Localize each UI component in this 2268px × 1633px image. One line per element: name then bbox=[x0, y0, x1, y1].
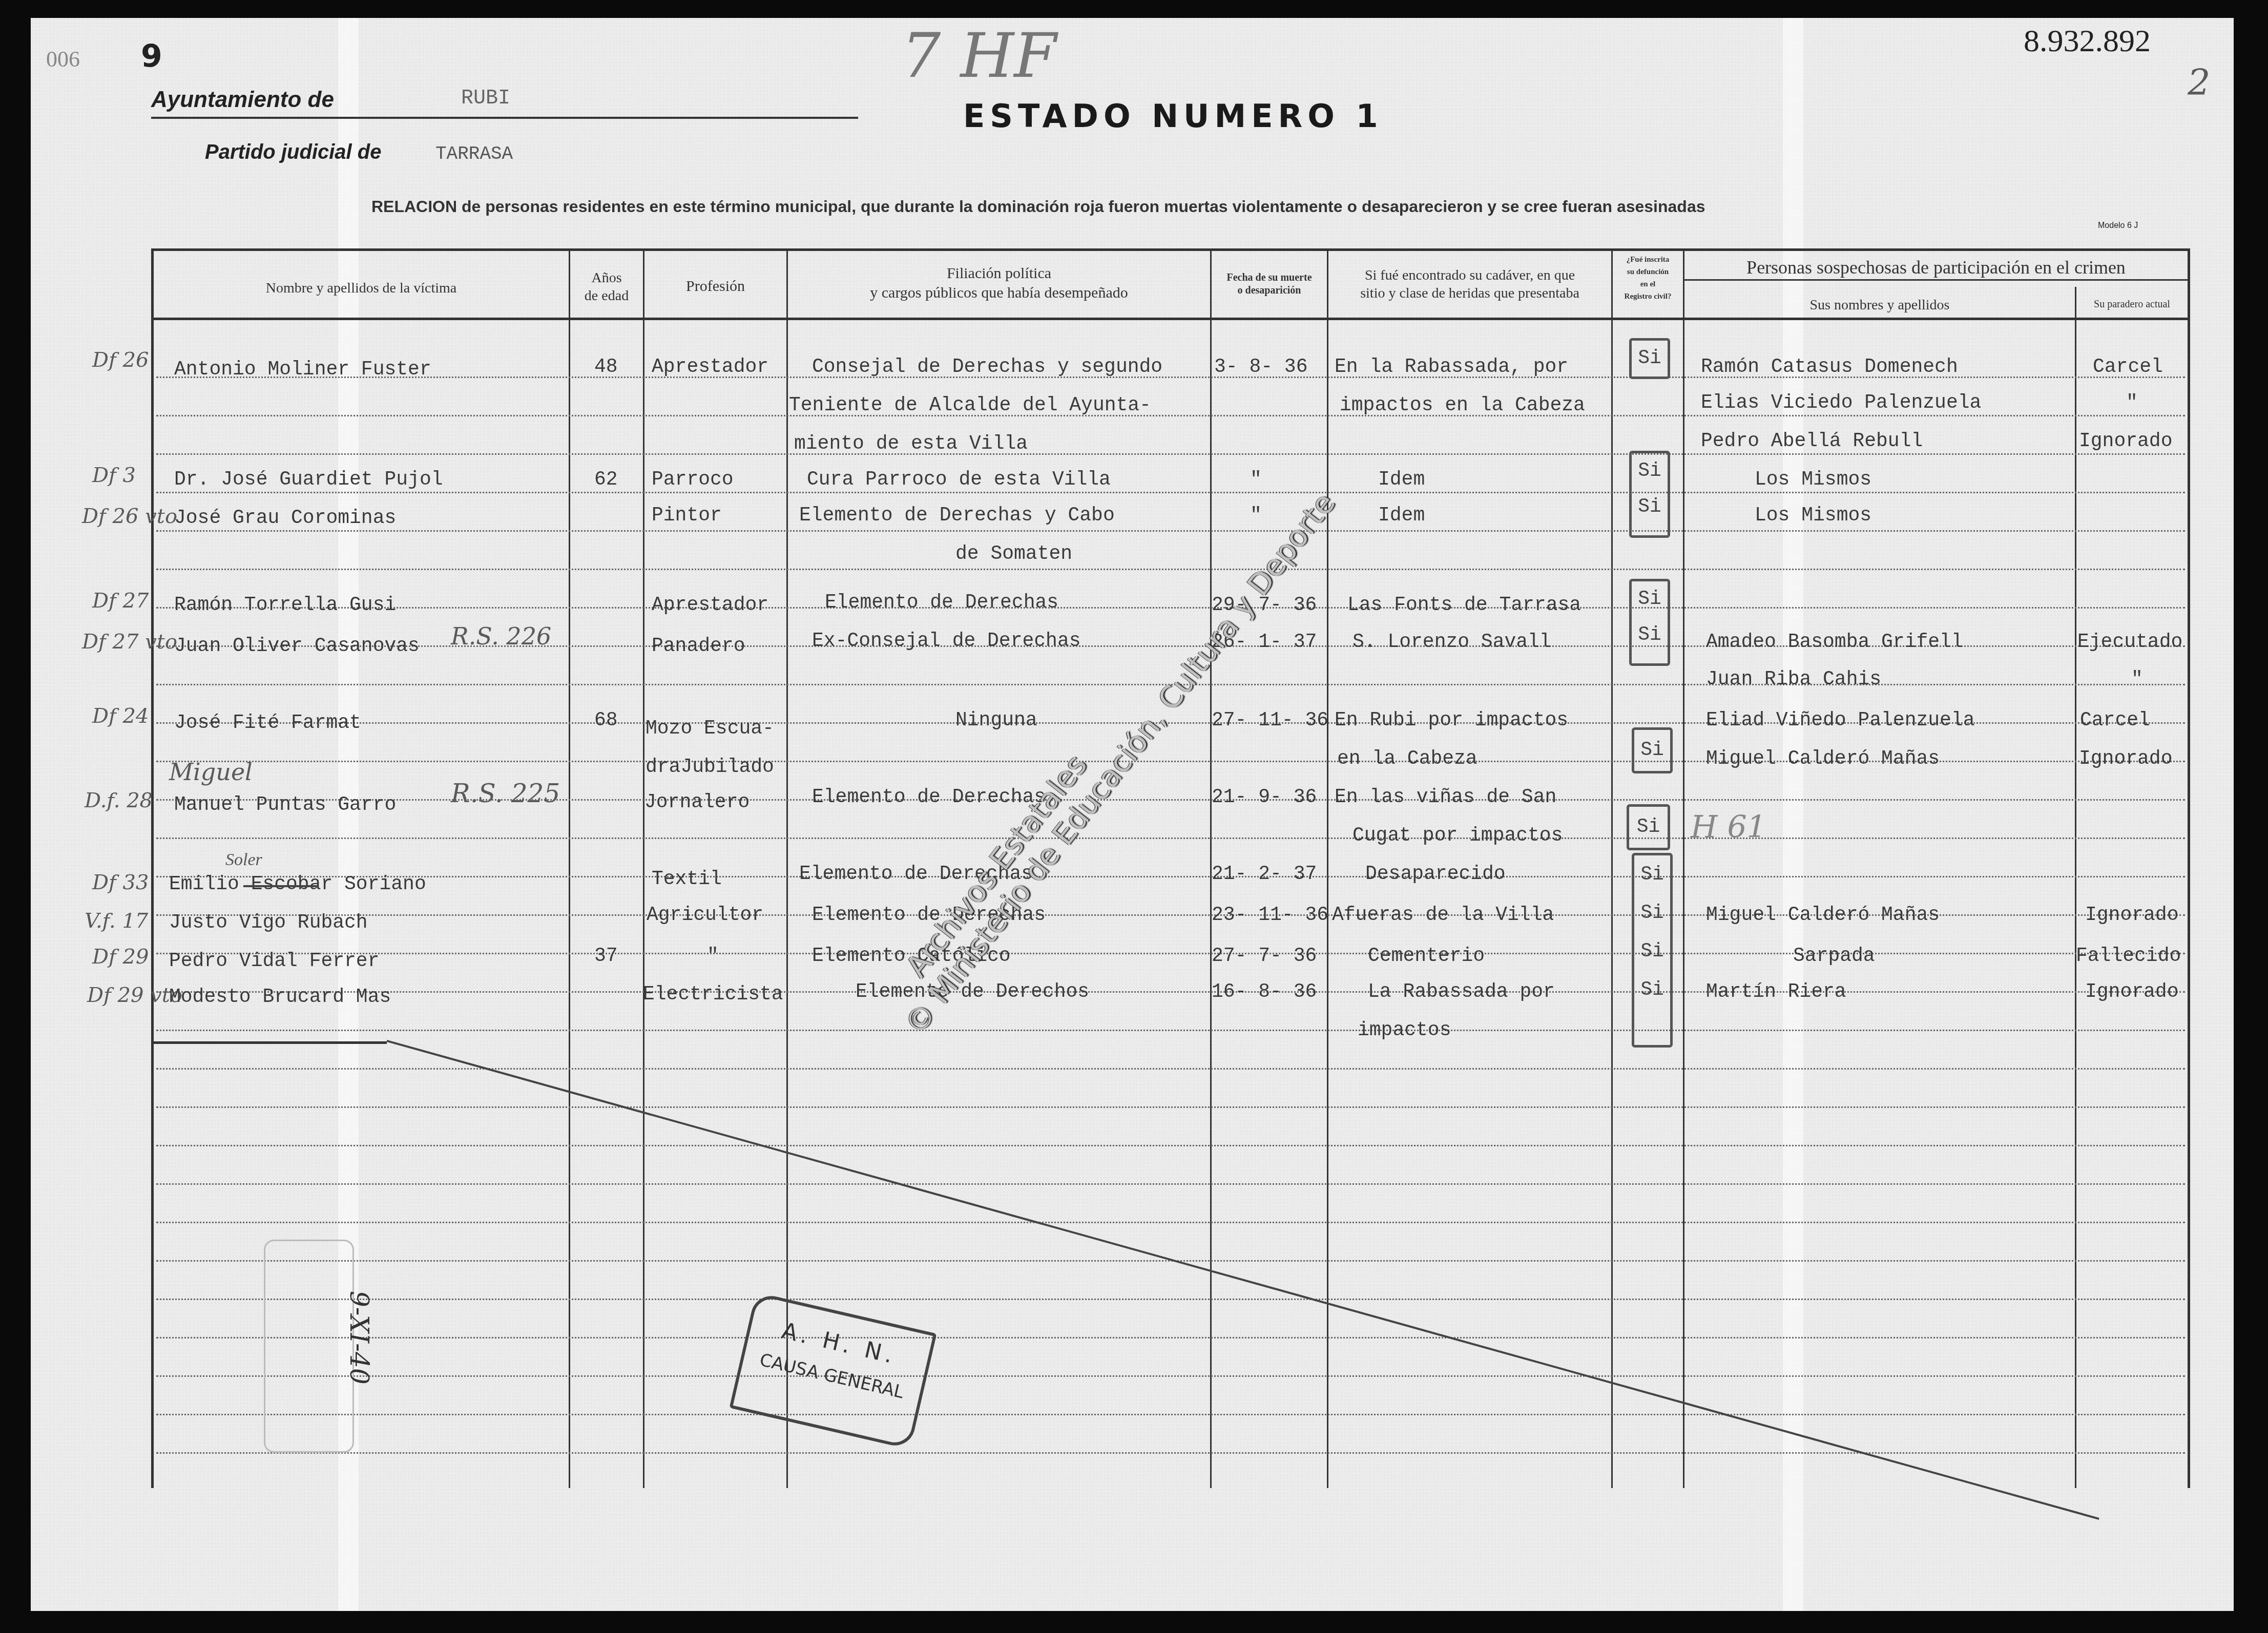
margin-note: Df 26 bbox=[92, 348, 149, 372]
ruled-line bbox=[156, 453, 2185, 455]
registry-value: Si bbox=[1640, 864, 1664, 886]
affiliation-line: Elemento de Derechas y Cabo bbox=[799, 505, 1115, 527]
body-found-line: Afueras de la Villa bbox=[1332, 904, 1554, 926]
victim-name: Emilio Escobar Soriano bbox=[169, 873, 426, 895]
affiliation-line: Teniente de Alcalde del Ayunta- bbox=[789, 394, 1151, 416]
column-header-affiliation: Filiación políticay cargos públicos que … bbox=[788, 264, 1210, 302]
model-label: Modelo 6 J bbox=[2098, 221, 2138, 231]
death-date: 27- 11- 36 bbox=[1212, 709, 1328, 731]
strikethrough bbox=[243, 885, 318, 887]
suspect-name: Elias Viciedo Palenzuela bbox=[1701, 392, 1981, 414]
suspect-whereabouts: " bbox=[2126, 392, 2138, 414]
margin-note: Df 29 bbox=[92, 945, 149, 969]
ruled-line bbox=[156, 569, 2185, 570]
affiliation-line: Consejal de Derechas y segundo bbox=[812, 356, 1162, 378]
margin-note: D.f. 28 bbox=[85, 789, 153, 812]
victim-name: Dr. José Guardiet Pujol bbox=[174, 469, 443, 491]
victim-profession: Parroco bbox=[652, 469, 734, 491]
registry-value: Si bbox=[1640, 902, 1664, 924]
affiliation-line: Cura Parroco de esta Villa bbox=[807, 469, 1111, 491]
column-header-age: Añosde edad bbox=[570, 269, 643, 305]
header-line: Si fué encontrado su cadáver, en que bbox=[1365, 267, 1575, 283]
suspect-whereabouts: Ignorado bbox=[2079, 430, 2172, 452]
suspect-name: Amadeo Basomba Grifell bbox=[1706, 631, 1963, 653]
suspect-name: Miguel Calderó Mañas bbox=[1706, 748, 1940, 770]
header-line: Filiación política bbox=[947, 265, 1051, 282]
suspect-name: Miguel Calderó Mañas bbox=[1706, 904, 1940, 926]
body-found-line: en la Cabeza bbox=[1337, 748, 1478, 770]
victim-profession: Agricultor bbox=[647, 904, 763, 926]
registry-note: R.S. 225 bbox=[451, 779, 560, 808]
folio-number: 9 bbox=[141, 38, 162, 74]
ruled-line bbox=[156, 1183, 2185, 1185]
ruled-line bbox=[156, 1414, 2185, 1415]
body-found-line: En la Rabassada, por bbox=[1335, 356, 1568, 378]
affiliation-line: miento de esta Villa bbox=[794, 433, 1028, 455]
name-correction: Soler bbox=[225, 850, 262, 870]
ruled-line bbox=[156, 1452, 2185, 1454]
victim-profession: Panadero bbox=[652, 635, 745, 657]
suspect-name: Los Mismos bbox=[1755, 469, 1871, 491]
col-border bbox=[151, 248, 154, 1488]
victim-name: Juan Oliver Casanovas bbox=[174, 635, 420, 657]
suspect-name: Pedro Abellá Rebull bbox=[1701, 430, 1923, 452]
header-line: o desaparición bbox=[1238, 285, 1301, 296]
group-header-rule bbox=[1683, 279, 2188, 281]
faded-stamp bbox=[264, 1240, 354, 1453]
table-top-border bbox=[151, 248, 2188, 251]
body-found-line: impactos bbox=[1358, 1019, 1451, 1041]
suspect-name: Sarpada bbox=[1793, 945, 1875, 967]
suspect-name: Eliad Viñedo Palenzuela bbox=[1706, 709, 1975, 731]
column-header-profession: Profesión bbox=[644, 277, 786, 296]
header-line: Años bbox=[591, 270, 621, 286]
suspect-name: Juan Riba Cahis bbox=[1706, 668, 1881, 690]
victim-profession: Mozo Escua-draJubilado bbox=[646, 709, 784, 786]
document-title: ESTADO NUMERO 1 bbox=[963, 97, 1383, 135]
partido-value: TARRASA bbox=[435, 143, 513, 164]
victim-name: José Fité Farmat bbox=[174, 712, 361, 734]
body-found-line: Cementerio bbox=[1368, 945, 1485, 967]
column-header-name: Nombre y apellidos de la víctima bbox=[154, 279, 569, 297]
body-found-line: Las Fonts de Tarrasa bbox=[1347, 594, 1581, 616]
column-header-body-found: Si fué encontrado su cadáver, en quesiti… bbox=[1328, 266, 1611, 302]
body-found-line: En Rubi por impactos bbox=[1335, 709, 1568, 731]
registry-value: Si bbox=[1640, 979, 1664, 1001]
margin-note: Df 27 bbox=[92, 589, 149, 613]
body-found-line: Desaparecido bbox=[1365, 863, 1506, 885]
victim-profession: Pintor bbox=[652, 505, 722, 527]
ruled-line bbox=[156, 838, 2185, 839]
registry-stamp: SiSi bbox=[1629, 451, 1670, 538]
margin-note: Df 26 vto bbox=[82, 505, 177, 528]
col-border bbox=[643, 248, 644, 1488]
death-date: 16- 8- 36 bbox=[1212, 981, 1317, 1003]
death-date: 23- 11- 36 bbox=[1212, 904, 1328, 926]
suspect-name: Ramón Catasus Domenech bbox=[1701, 356, 1958, 378]
affiliation-line: Ninguna bbox=[955, 709, 1037, 731]
body-found-line: S. Lorenzo Savall bbox=[1353, 631, 1551, 653]
victim-age: 62 bbox=[594, 469, 618, 491]
handwritten-page-number: 2 bbox=[2188, 61, 2211, 103]
ruled-line bbox=[156, 1106, 2185, 1108]
registry-stamp: Si bbox=[1629, 338, 1670, 379]
death-date: " bbox=[1250, 469, 1262, 491]
suspect-whereabouts: Ignorado bbox=[2085, 904, 2178, 926]
handwritten-annotation: 7 HF bbox=[902, 20, 1056, 92]
ruled-line bbox=[156, 1222, 2185, 1223]
ruled-line bbox=[156, 1337, 2185, 1338]
document-number: 8.932.892 bbox=[2024, 23, 2151, 59]
victim-name: José Grau Corominas bbox=[174, 507, 396, 529]
column-header-civil-registry: ¿Fué inscritasu defunciónen elRegistro c… bbox=[1613, 254, 1683, 303]
body-found-line: Idem bbox=[1378, 469, 1425, 491]
list-end-rule bbox=[151, 1041, 387, 1044]
suspect-whereabouts: " bbox=[2131, 668, 2143, 690]
ruled-line bbox=[156, 492, 2185, 493]
column-group-suspects: Personas sospechosas de participación en… bbox=[1684, 256, 2188, 279]
victim-profession: Aprestador bbox=[652, 594, 768, 616]
ruled-line bbox=[156, 1299, 2185, 1300]
ruled-line bbox=[156, 607, 2185, 609]
col-border bbox=[2188, 248, 2190, 1488]
affiliation-line: de Somaten bbox=[955, 543, 1072, 565]
victim-profession: " bbox=[707, 945, 719, 967]
header-line: Registro civil? bbox=[1625, 292, 1672, 301]
header-line: sitio y clase de heridas que presentaba bbox=[1360, 285, 1579, 301]
body-found-line: La Rabassada por bbox=[1368, 981, 1555, 1003]
registry-stamp: SiSi bbox=[1629, 579, 1670, 666]
ruled-line bbox=[156, 953, 2185, 954]
registry-note: R.S. 226 bbox=[451, 622, 551, 650]
body-found-line: impactos en la Cabeza bbox=[1340, 394, 1585, 416]
affiliation-line: Elemento de Derechas bbox=[812, 786, 1046, 808]
victim-age: 48 bbox=[594, 356, 618, 378]
header-line: ¿Fué inscrita bbox=[1627, 256, 1670, 264]
ruled-line bbox=[156, 530, 2185, 532]
suspect-whereabouts: Ignorado bbox=[2085, 981, 2178, 1003]
folio-stamp: 006 bbox=[46, 46, 80, 72]
column-header-date: Fecha de su muerteo desaparición bbox=[1212, 271, 1327, 297]
handwritten-date: 9-XI-40 bbox=[344, 1291, 374, 1385]
body-found-line: Idem bbox=[1378, 505, 1425, 527]
table-header-bottom-border bbox=[151, 318, 2188, 320]
col-border bbox=[569, 248, 570, 1488]
registry-value: Si bbox=[1638, 496, 1661, 518]
partido-label: Partido judicial de bbox=[205, 141, 382, 164]
ayuntamiento-value: RUBI bbox=[461, 87, 510, 110]
death-date: 21- 9- 36 bbox=[1212, 786, 1317, 808]
ruled-line bbox=[156, 991, 2185, 993]
suspect-whereabouts: Carcel bbox=[2093, 356, 2163, 378]
victim-profession: Electricista bbox=[643, 983, 783, 1006]
registry-value: Si bbox=[1638, 624, 1661, 646]
header-line: de edad bbox=[585, 288, 629, 304]
victim-profession: Aprestador bbox=[652, 356, 768, 378]
victim-name: Pedro Vidal Ferrer bbox=[169, 950, 379, 972]
registry-stamp: Si bbox=[1632, 727, 1673, 773]
ruled-line bbox=[156, 1375, 2185, 1377]
victim-age: 68 bbox=[594, 709, 618, 731]
suspect-whereabouts: Fallecido bbox=[2076, 945, 2181, 967]
ruled-line bbox=[156, 876, 2185, 877]
suspect-whereabouts: Ignorado bbox=[2079, 748, 2172, 770]
margin-note: Df 33 bbox=[92, 871, 149, 894]
victim-name: Justo Vigo Rubach bbox=[169, 912, 368, 934]
ruled-line bbox=[156, 415, 2185, 416]
name-correction: Miguel bbox=[169, 758, 253, 786]
registry-stamp: SiSiSiSi bbox=[1632, 853, 1673, 1048]
header-line: en el bbox=[1640, 280, 1656, 288]
suspect-name: Los Mismos bbox=[1755, 505, 1871, 527]
victim-name: Manuel Puntas Garro bbox=[174, 794, 396, 816]
document-subtitle: RELACION de personas residentes en este … bbox=[371, 197, 1705, 216]
suspect-whereabouts: Ejecutado bbox=[2077, 631, 2182, 653]
registry-value: Si bbox=[1638, 460, 1661, 482]
death-date: 21- 2- 37 bbox=[1212, 863, 1317, 885]
victim-profession: Textil bbox=[652, 868, 722, 890]
ruled-line bbox=[156, 1030, 2185, 1031]
victim-name: Modesto Brucard Mas bbox=[169, 986, 391, 1008]
col-border bbox=[1611, 248, 1613, 1488]
margin-note: Df 27 vto bbox=[82, 630, 177, 654]
victim-age: 37 bbox=[594, 945, 618, 967]
header-line: Fecha de su muerte bbox=[1226, 272, 1312, 283]
column-header-whereabouts: Su paradero actual bbox=[2076, 298, 2188, 311]
ruled-line bbox=[156, 1145, 2185, 1146]
ayuntamiento-label: Ayuntamiento de bbox=[151, 87, 334, 113]
header-line: su defunción bbox=[1627, 268, 1669, 276]
margin-note: Df 24 bbox=[92, 704, 149, 728]
suspect-name: Martín Riera bbox=[1706, 981, 1846, 1003]
body-found-line: Cugat por impactos bbox=[1353, 825, 1563, 847]
death-date: 27- 7- 36 bbox=[1212, 945, 1317, 967]
handwritten-note: H 61 bbox=[1691, 809, 1766, 845]
col-border bbox=[1683, 248, 1684, 1488]
registry-stamp: Si bbox=[1627, 804, 1670, 850]
death-date: 3- 8- 36 bbox=[1214, 356, 1307, 378]
suspect-whereabouts: Carcel bbox=[2080, 709, 2150, 731]
header-line: y cargos públicos que había desempeñado bbox=[870, 284, 1128, 301]
victim-name: Antonio Moliner Fuster bbox=[174, 359, 431, 381]
column-header-suspect-names: Sus nombres y apellidos bbox=[1684, 296, 2075, 314]
margin-note: Df 29 vto bbox=[87, 983, 182, 1007]
margin-note: Df 3 bbox=[92, 464, 136, 487]
victim-profession: Jornalero bbox=[644, 791, 750, 813]
registry-value: Si bbox=[1638, 588, 1661, 610]
affiliation-line: Ex-Consejal de Derechas bbox=[812, 630, 1081, 652]
col-border bbox=[2075, 287, 2076, 1488]
header-underline bbox=[151, 117, 858, 119]
margin-note: V.f. 17 bbox=[85, 909, 148, 933]
ruled-line bbox=[156, 1068, 2185, 1070]
victim-name: Ramón Torrella Gusi bbox=[174, 594, 396, 616]
registry-value: Si bbox=[1640, 940, 1664, 962]
affiliation-line: Elemento de Derechas bbox=[825, 592, 1058, 614]
body-found-line: En las viñas de San bbox=[1335, 786, 1556, 808]
